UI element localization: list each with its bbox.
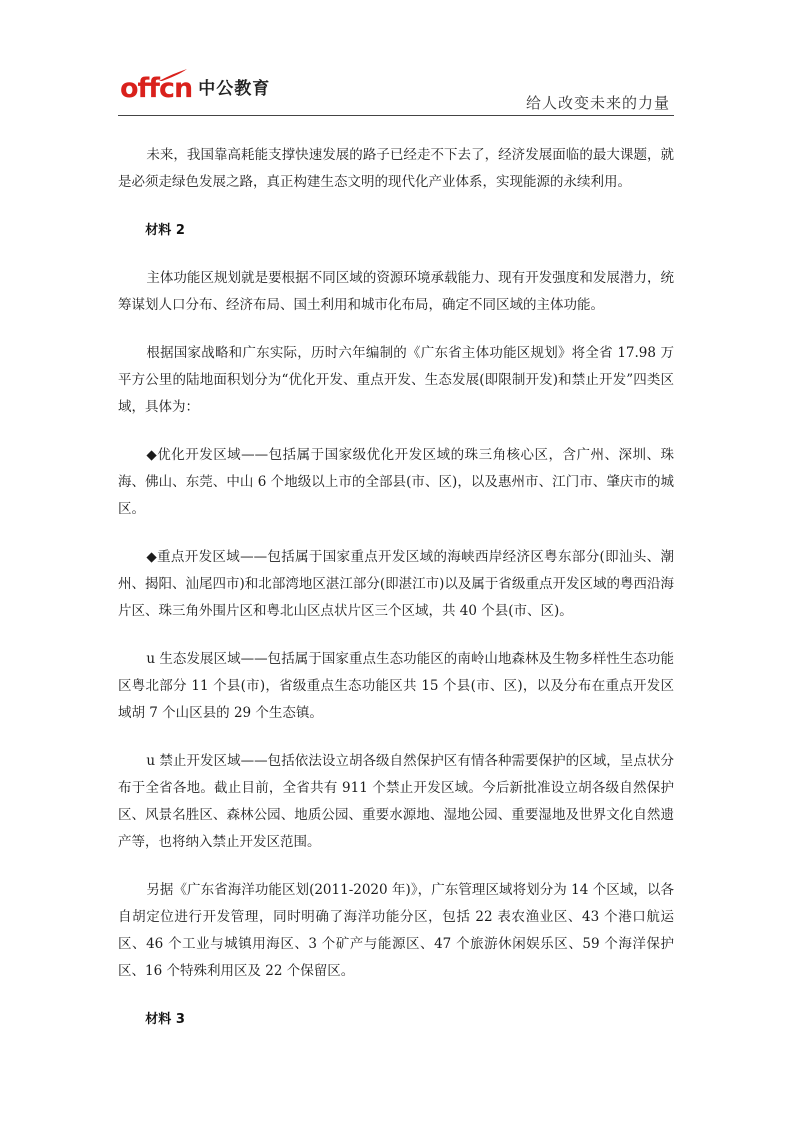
paragraph-intro: 未来，我国靠高耗能支撑快速发展的路子已经走不下去了，经济发展面临的最大课题，就是… [118,142,674,196]
paragraph-function-zone-definition: 主体功能区规划就是要根据不同区域的资源环境承载能力、现有开发强度和发展潜力，统筹… [118,265,674,319]
logo-wordmark: offcn [120,74,192,104]
header-divider [118,115,674,116]
paragraph-guangdong-plan: 根据国家战略和广东实际，历时六年编制的《广东省主体功能区规划》将全省 17.98… [118,340,674,421]
paragraph-ecological-development: u 生态发展区域——包括属于国家重点生态功能区的南岭山地森林及生物多样性生态功能… [118,646,674,727]
logo-swoosh-icon [158,68,188,82]
paragraph-marine-zoning: 另据《广东省海洋功能区划(2011-2020 年)》，广东管理区域将划分为 14… [118,877,674,985]
document-body: 未来，我国靠高耗能支撑快速发展的路子已经走不下去了，经济发展面临的最大课题，就是… [118,142,674,1033]
section-heading-material-2: 材料 2 [118,217,674,244]
logo-chinese-name: 中公教育 [198,74,270,104]
paragraph-prohibited-development: u 禁止开发区域——包括依法设立胡各级自然保护区有情各种需要保护的区域，呈点状分… [118,748,674,856]
page-header: offcn 中公教育 给人改变未来的力量 [118,64,674,116]
section-heading-material-3: 材料 3 [118,1006,674,1033]
brand-logo: offcn 中公教育 [120,68,270,104]
paragraph-optimized-development: ◆优化开发区域——包括属于国家级优化开发区域的珠三角核心区，含广州、深圳、珠海、… [118,442,674,523]
header-slogan: 给人改变未来的力量 [526,92,670,113]
paragraph-key-development: ◆重点开发区域——包括属于国家重点开发区域的海峡西岸经济区粤东部分(即汕头、潮州… [118,544,674,625]
